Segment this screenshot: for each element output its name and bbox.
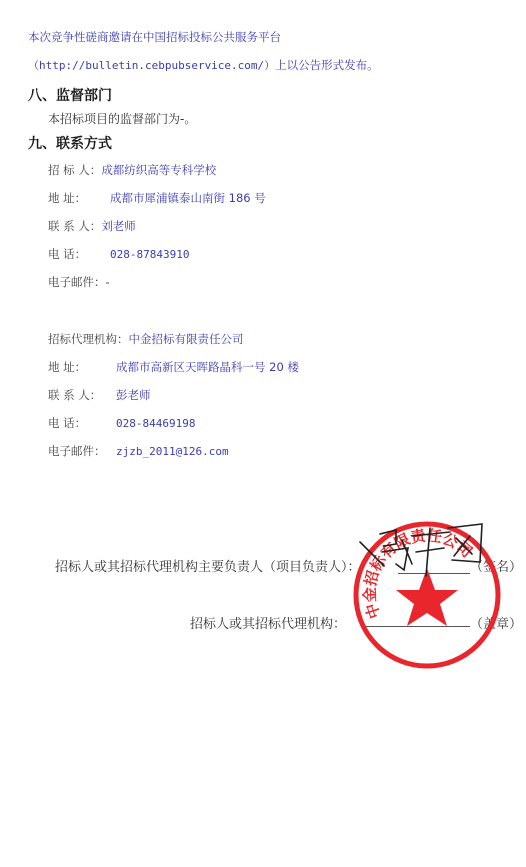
- agency-email-label: 电子邮件：: [48, 443, 116, 459]
- tenderer-name-label: 招 标 人：: [48, 162, 101, 178]
- agency-address-row: 地 址：成都市高新区天晖路晶科一号 20 楼: [48, 359, 299, 375]
- responsible-signature-label: 招标人或其招标代理机构主要负责人（项目负责人）：: [55, 556, 361, 575]
- tenderer-contact-label: 联 系 人：: [48, 218, 101, 234]
- intro-line-2-tail: 上以公告形式发布。: [275, 58, 379, 72]
- tenderer-contact-row: 联 系 人：刘老师: [48, 218, 136, 234]
- tenderer-email: -: [106, 275, 110, 289]
- tenderer-address-row: 地 址：成都市犀浦镇泰山南街 186 号: [48, 190, 266, 206]
- agency-contact-row: 联 系 人：彭老师: [48, 387, 151, 403]
- platform-url[interactable]: （http://bulletin.cebpubservice.com/）: [28, 59, 275, 72]
- agency-contact-label: 联 系 人：: [48, 387, 116, 403]
- agency-seal-line: [362, 626, 470, 627]
- agency-name: 中金招标有限责任公司: [129, 332, 244, 346]
- tenderer-phone: 028-87843910: [110, 248, 189, 261]
- company-seal-icon: 中金招标有限责任公司: [352, 520, 502, 670]
- agency-contact: 彭老师: [116, 388, 151, 402]
- handwritten-signature: [360, 524, 482, 576]
- agency-email[interactable]: zjzb_2011@126.com: [116, 445, 229, 458]
- responsible-signature-suffix: （签名）: [470, 556, 522, 575]
- responsible-signature-line: [398, 573, 470, 574]
- agency-seal-suffix: （盖章）: [470, 613, 522, 632]
- agency-name-row: 招标代理机构：中金招标有限责任公司: [48, 331, 244, 347]
- tenderer-address: 成都市犀浦镇泰山南街 186 号: [110, 191, 266, 205]
- section-9-heading: 九、联系方式: [28, 133, 112, 153]
- intro-line-1: 本次竞争性磋商邀请在中国招标投标公共服务平台: [28, 29, 281, 45]
- tenderer-name: 成都纺织高等专科学校: [101, 163, 216, 177]
- intro-line-2: （http://bulletin.cebpubservice.com/）上以公告…: [28, 57, 379, 73]
- section-8-heading: 八、监督部门: [28, 85, 112, 105]
- tenderer-email-label: 电子邮件：: [48, 274, 106, 290]
- agency-address: 成都市高新区天晖路晶科一号 20 楼: [116, 360, 299, 374]
- agency-phone-label: 电 话：: [48, 415, 116, 431]
- agency-address-label: 地 址：: [48, 359, 116, 375]
- tenderer-address-label: 地 址：: [48, 190, 110, 206]
- agency-phone: 028-84469198: [116, 417, 195, 430]
- tenderer-contact: 刘老师: [101, 219, 136, 233]
- section-8-text: 本招标项目的监督部门为-。: [48, 110, 196, 127]
- tenderer-phone-label: 电 话：: [48, 246, 110, 262]
- agency-email-row: 电子邮件：zjzb_2011@126.com: [48, 443, 229, 459]
- agency-phone-row: 电 话：028-84469198: [48, 415, 195, 431]
- agency-seal-label: 招标人或其招标代理机构：: [190, 613, 346, 632]
- agency-name-label: 招标代理机构：: [48, 331, 129, 347]
- tenderer-name-row: 招 标 人：成都纺织高等专科学校: [48, 162, 216, 178]
- tenderer-phone-row: 电 话：028-87843910: [48, 246, 189, 262]
- tenderer-email-row: 电子邮件：-: [48, 274, 110, 290]
